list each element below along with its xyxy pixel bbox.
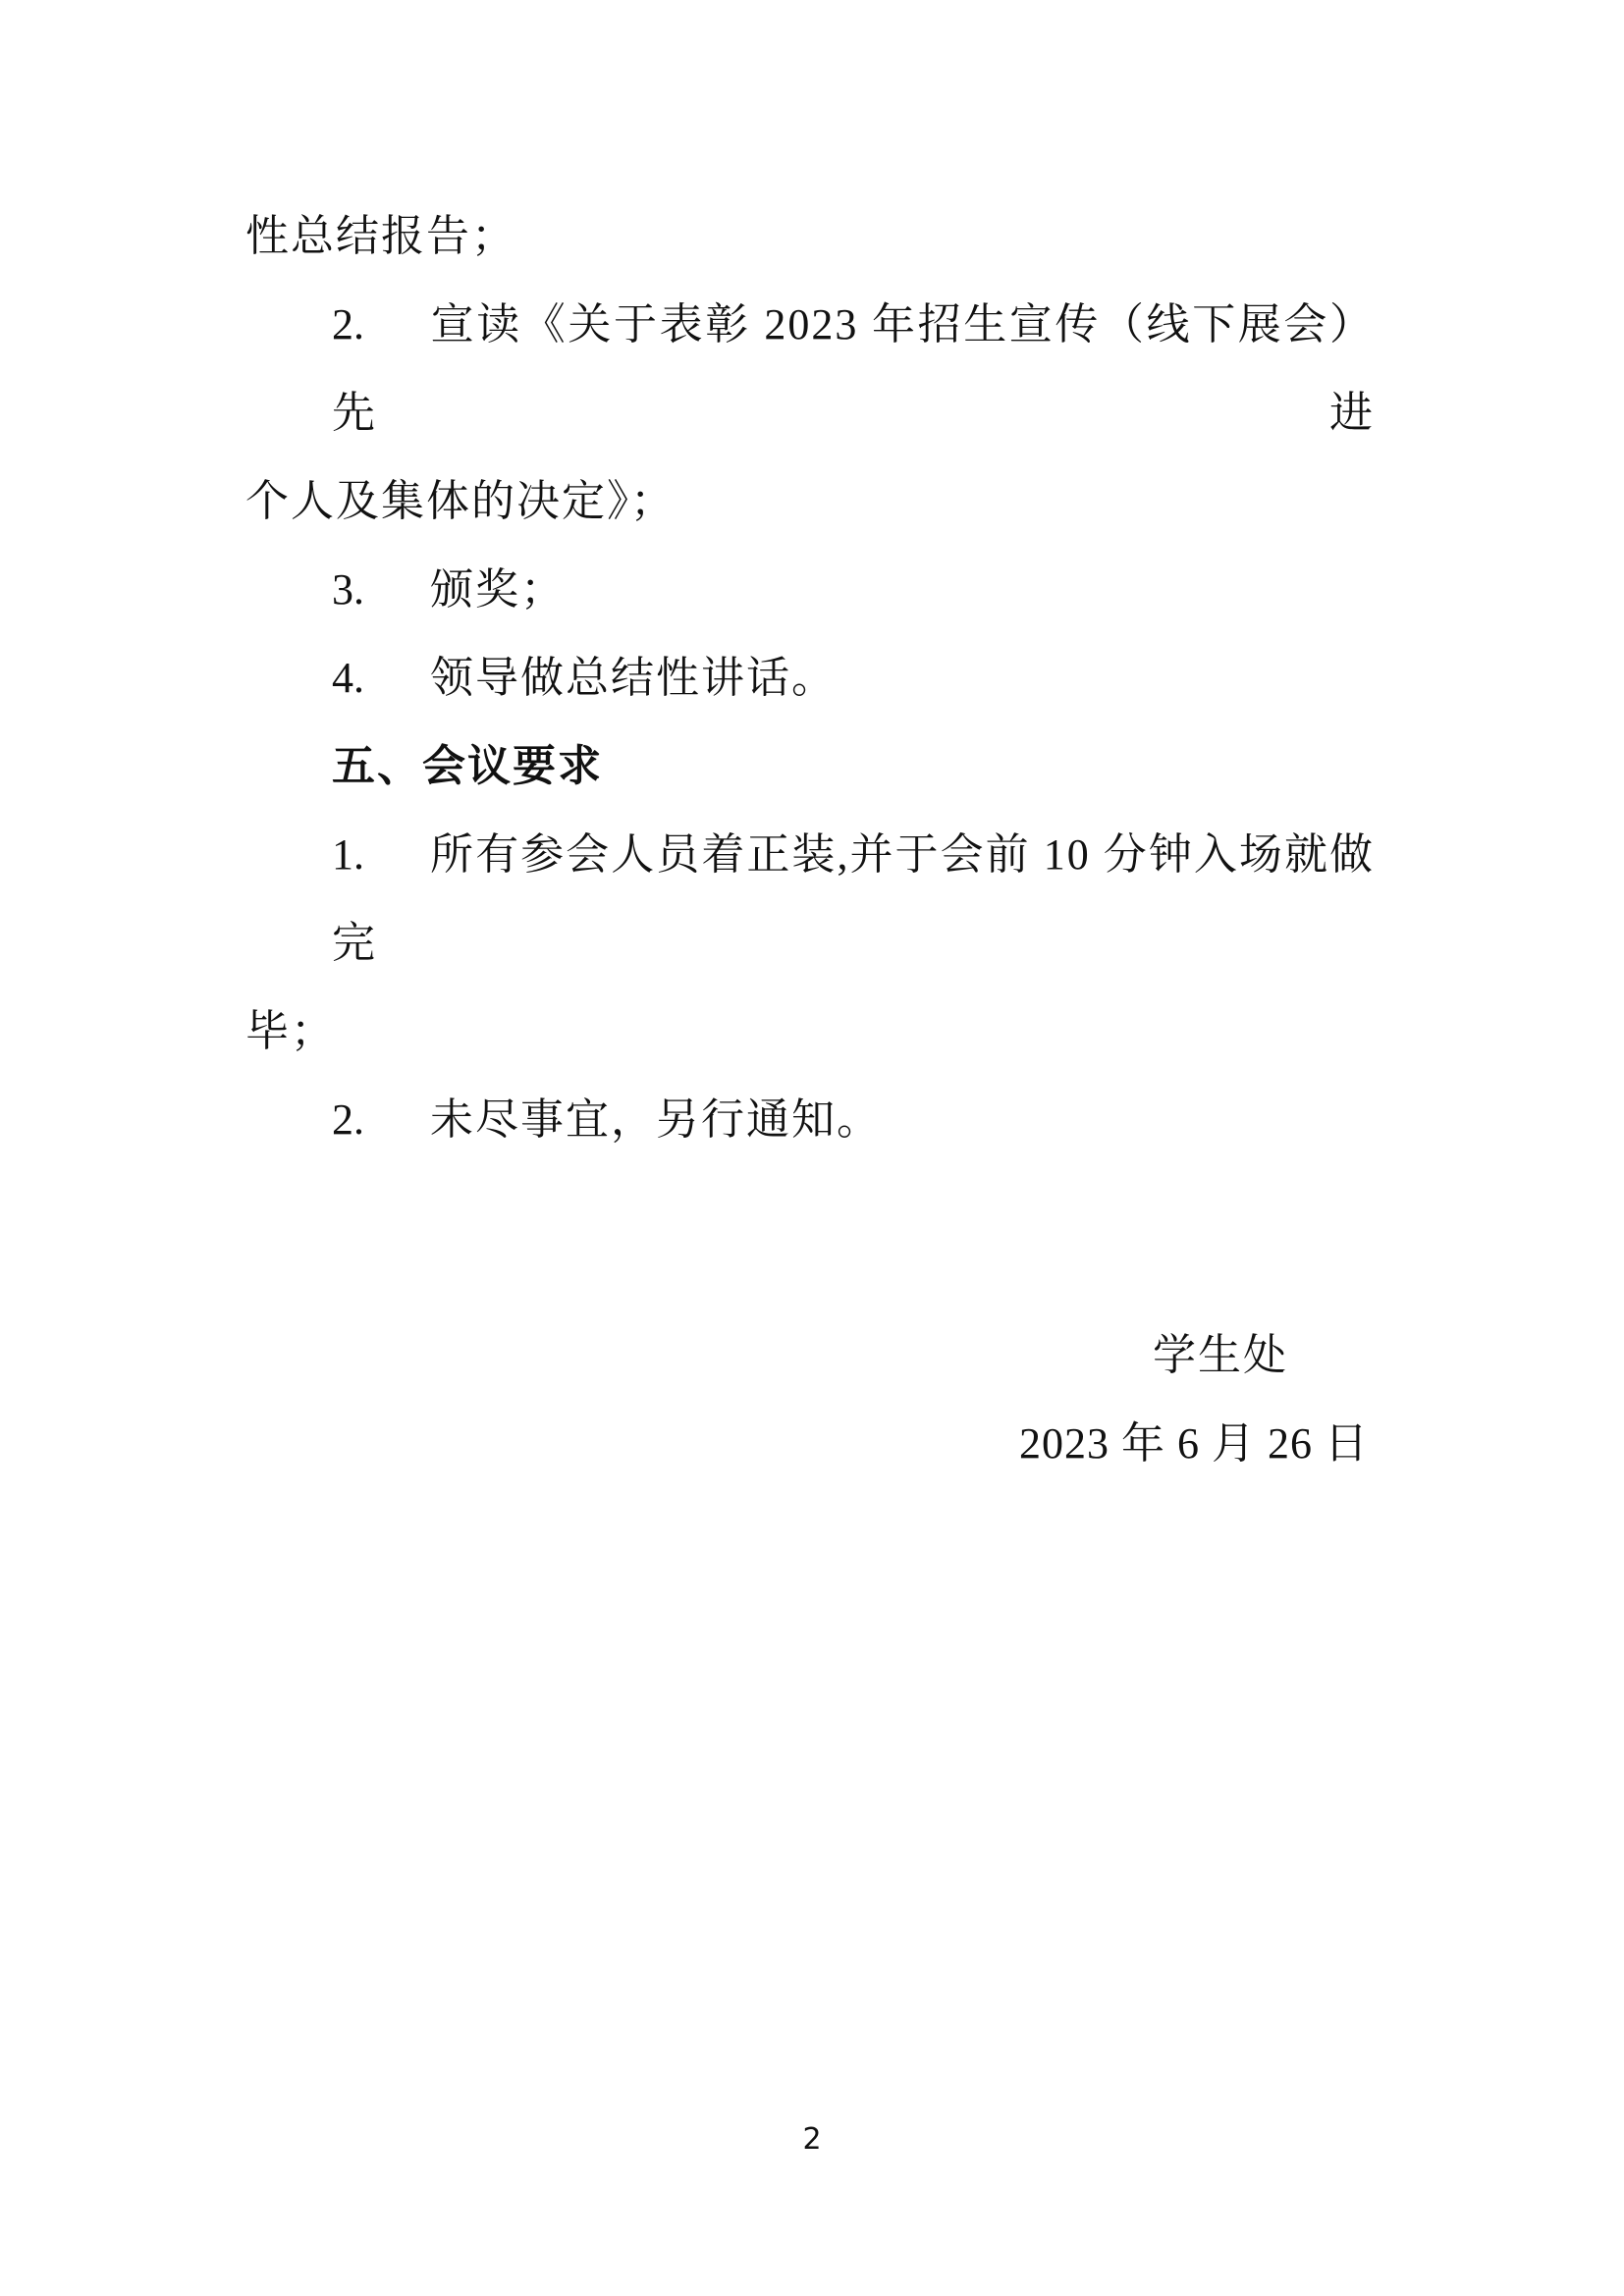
line-text: 颁奖；: [430, 565, 566, 614]
page-number: 2: [0, 2122, 1624, 2158]
document-body: 性总结报告；2.宣读《关于表彰 2023 年招生宣传（线下展会）先进个人及集体的…: [245, 192, 1375, 1488]
signature-date: 2023 年 6 月 26 日: [245, 1400, 1375, 1488]
list-number: 1.: [332, 811, 430, 899]
line-text: 宣读《关于表彰 2023 年招生宣传（线下展会）先进: [332, 300, 1375, 437]
text-line: 4.领导做总结性讲话。: [245, 634, 1375, 722]
text-line: 个人及集体的决定》；: [245, 457, 1375, 546]
text-line: 2.宣读《关于表彰 2023 年招生宣传（线下展会）先进: [245, 281, 1375, 457]
line-text: 未尽事宜，另行通知。: [430, 1095, 882, 1144]
line-text: 所有参会人员着正装,并于会前 10 分钟入场就做完: [332, 830, 1375, 967]
text-line: 1.所有参会人员着正装,并于会前 10 分钟入场就做完: [245, 811, 1375, 988]
body-lines: 性总结报告；2.宣读《关于表彰 2023 年招生宣传（线下展会）先进个人及集体的…: [245, 192, 1375, 1164]
line-text: 领导做总结性讲话。: [430, 654, 837, 702]
text-line: 毕；: [245, 988, 1375, 1076]
signature-spacer: [245, 1164, 1375, 1311]
list-number: 4.: [332, 634, 430, 722]
text-line: 3.颁奖；: [245, 546, 1375, 634]
text-line: 性总结报告；: [245, 192, 1375, 281]
list-number: 2.: [332, 281, 430, 369]
section-heading: 五、会议要求: [245, 722, 1375, 811]
signature-org: 学生处: [245, 1311, 1375, 1400]
document-page: 性总结报告；2.宣读《关于表彰 2023 年招生宣传（线下展会）先进个人及集体的…: [0, 0, 1624, 2296]
list-number: 3.: [332, 546, 430, 634]
text-line: 2.未尽事宜，另行通知。: [245, 1076, 1375, 1164]
list-number: 2.: [332, 1076, 430, 1164]
